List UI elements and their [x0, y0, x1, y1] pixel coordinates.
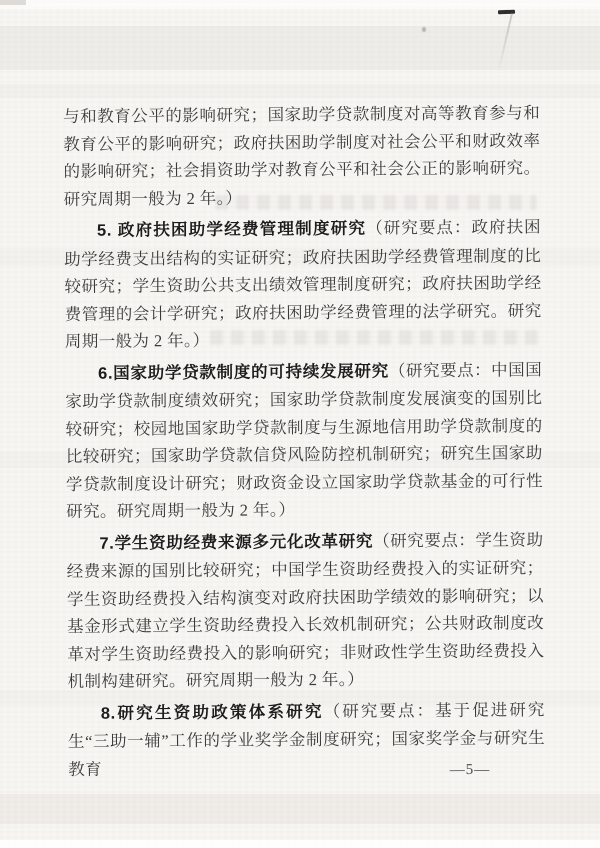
- scan-band: [0, 26, 600, 70]
- corner-dash-artifact: [498, 10, 515, 14]
- scan-band: [0, 84, 600, 98]
- paragraph-heading: 6.国家助学贷款制度的可持续发展研究: [98, 362, 389, 382]
- paragraph-item-5: 5. 政府扶困助学经费管理制度研究（研究要点：政府扶困助学经费支出结构的实证研究…: [64, 213, 542, 355]
- paragraph-heading: 5. 政府扶困助学经费管理制度研究: [97, 220, 366, 240]
- paragraph-item-6: 6.国家助学贷款制度的可持续发展研究（研究要点：中国国家助学贷款制度绩效研究；国…: [65, 356, 543, 526]
- paragraph-text: （研究要点：中国国家助学贷款制度绩效研究；国家助学贷款制度发展演变的国别比较研究…: [65, 360, 543, 521]
- paragraph-text: （研究要点：学生资助经费来源的国别比较研究；中国学生资助经费投入的实证研究；学生…: [67, 530, 545, 691]
- ink-speck-artifact: [422, 27, 426, 32]
- scanned-document-page: 与和教育公平的影响研究；国家助学贷款制度对高等教育参与和教育公平的影响研究；政府…: [0, 0, 600, 848]
- page-number: —5—: [432, 762, 508, 780]
- paragraph-heading: 7.学生资助经费来源多元化改革研究: [99, 532, 373, 552]
- scan-band: [0, 0, 600, 9]
- page-edge-shadow: [497, 13, 513, 74]
- scan-band: [0, 794, 600, 824]
- paragraph-text: 与和教育公平的影响研究；国家助学贷款制度对高等教育参与和教育公平的影响研究；政府…: [63, 103, 541, 208]
- paragraph-item-7: 7.学生资助经费来源多元化改革研究（研究要点：学生资助经费来源的国别比较研究；中…: [66, 526, 544, 696]
- scan-band: [0, 840, 600, 848]
- scan-edge-artifact: [0, 0, 26, 5]
- page-text-block: 与和教育公平的影响研究；国家助学贷款制度对高等教育参与和教育公平的影响研究；政府…: [63, 99, 545, 787]
- paragraph-heading: 8.研究生资助政策体系研究: [101, 702, 324, 722]
- paragraph-continuation: 与和教育公平的影响研究；国家助学贷款制度对高等教育参与和教育公平的影响研究；政府…: [63, 99, 541, 213]
